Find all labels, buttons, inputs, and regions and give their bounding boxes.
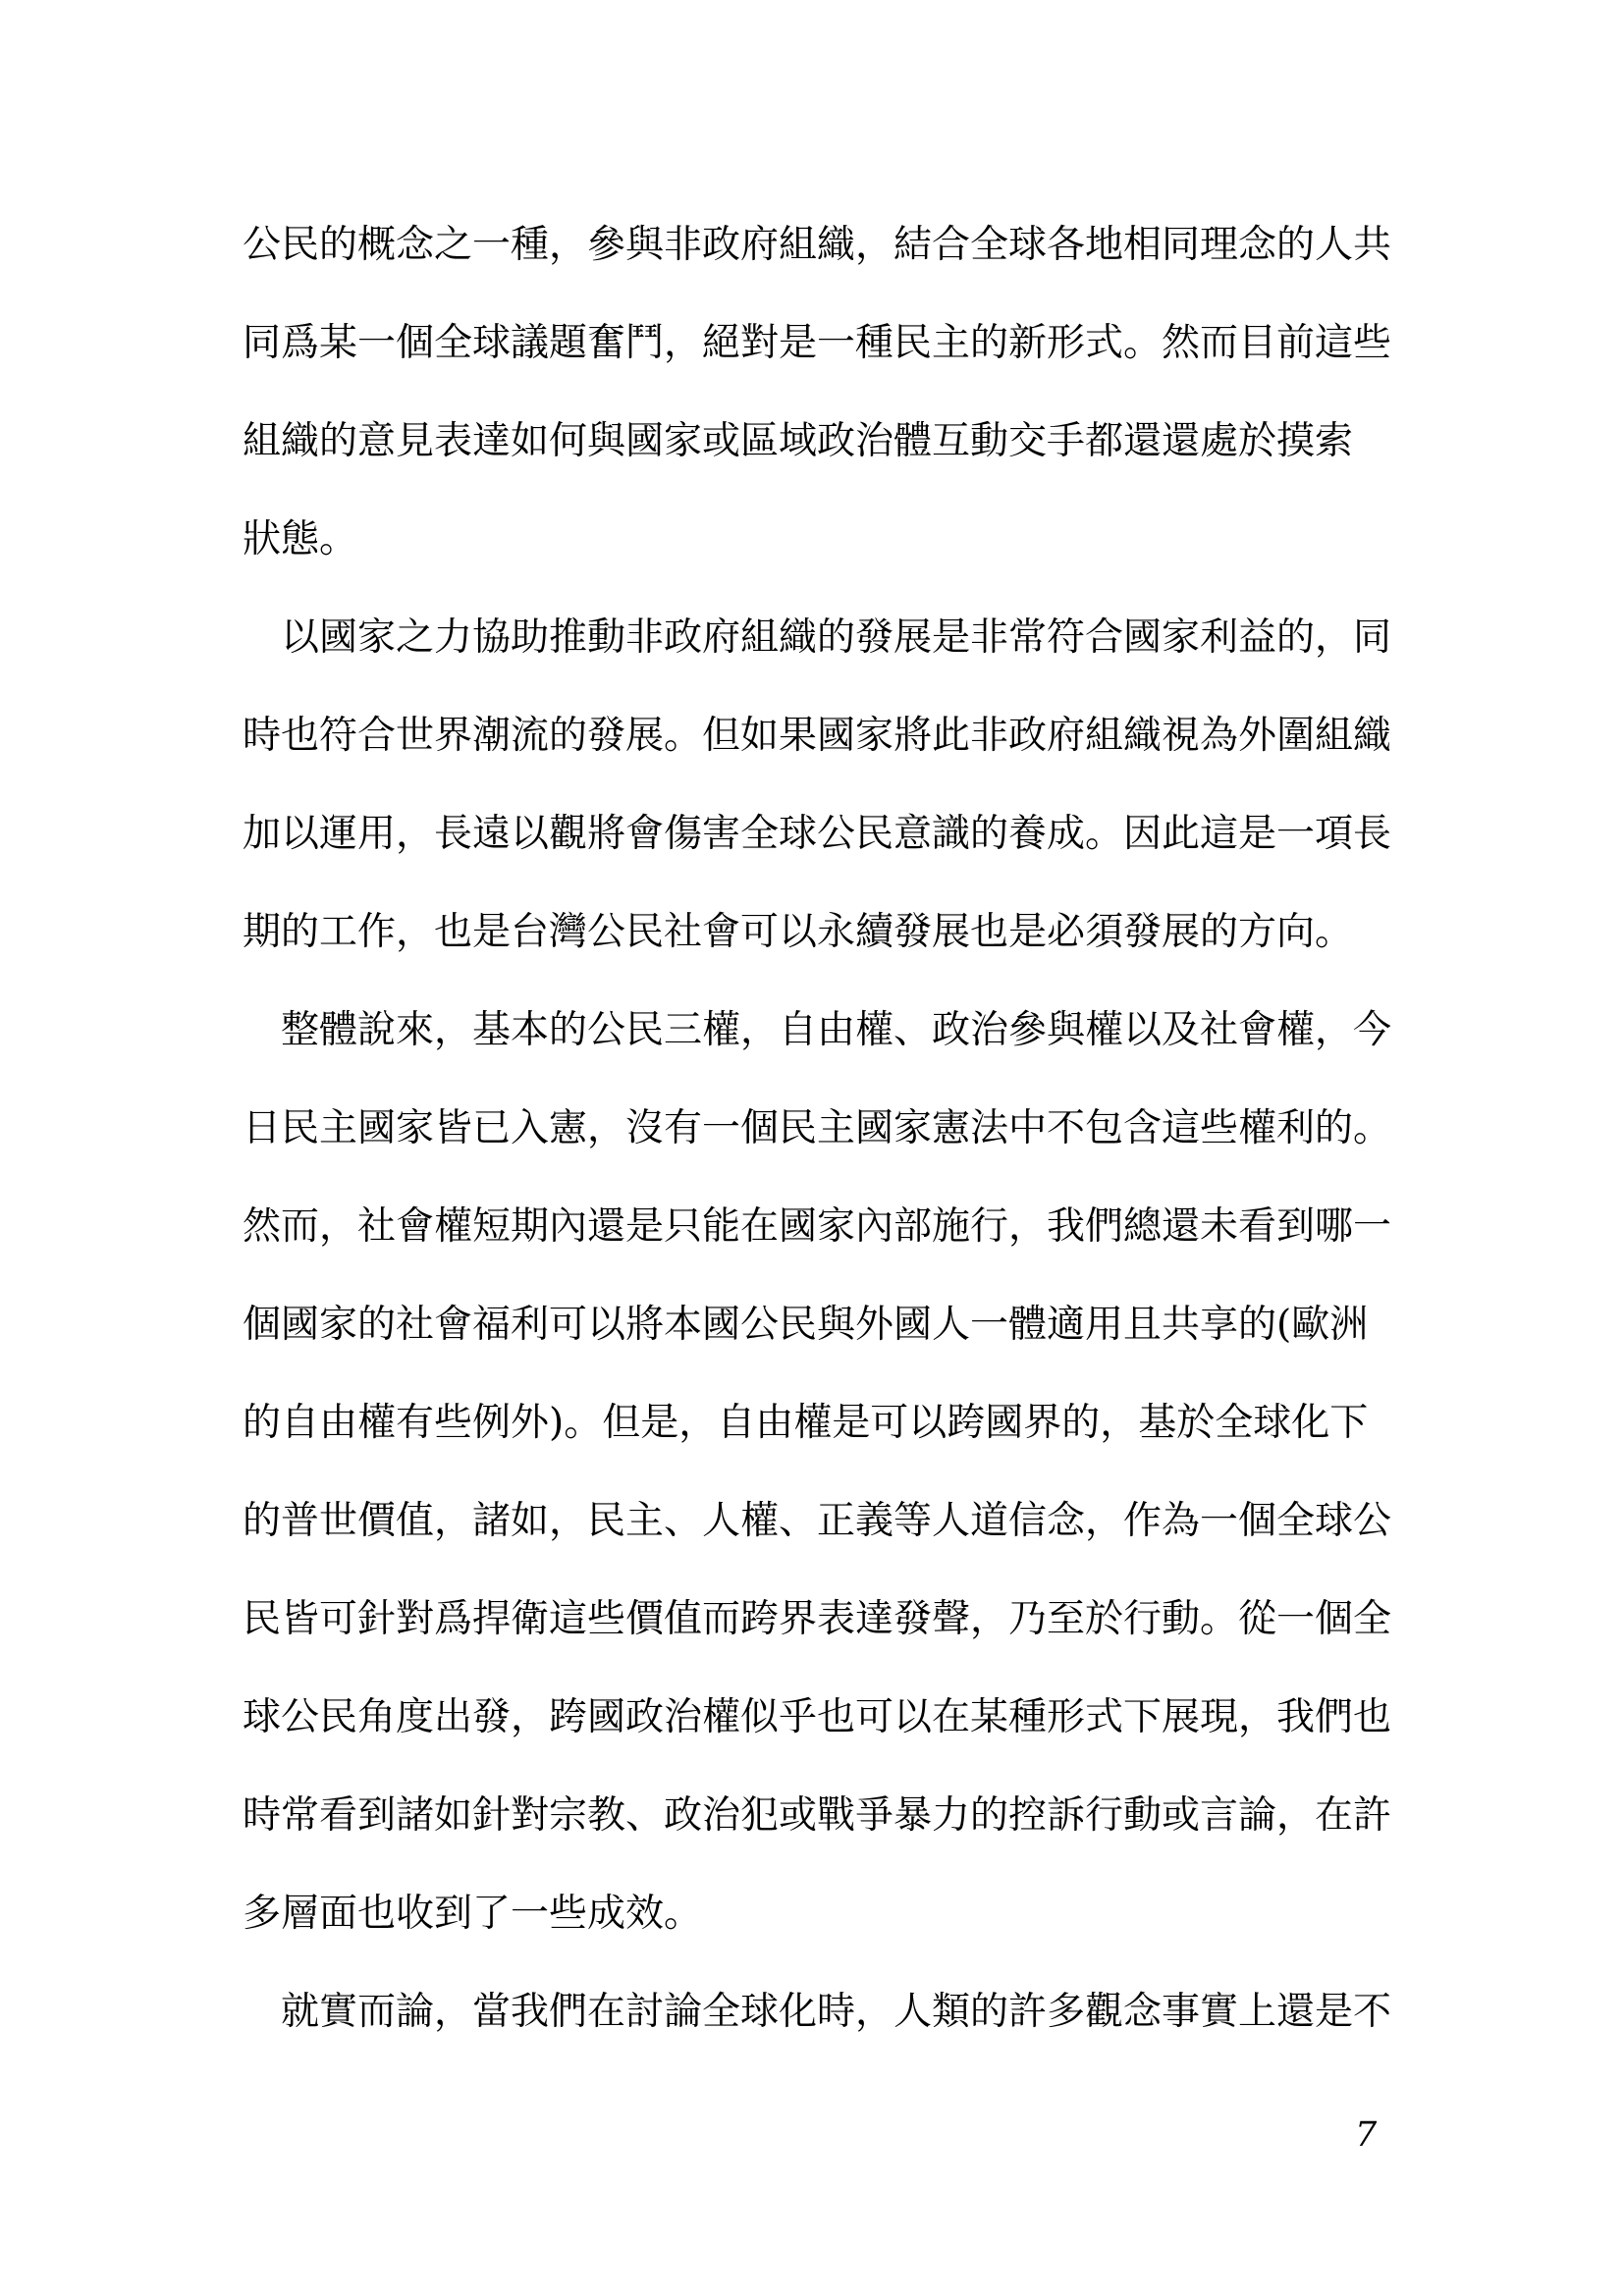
text-line: 球公民角度出發，跨國政治權似乎也可以在某種形式下展現，我們也	[243, 1669, 1396, 1767]
text-line: 公民的概念之一種，參與非政府組織，結合全球各地相同理念的人共	[243, 196, 1396, 294]
text-line: 整體說來，基本的公民三權，自由權、政治參與權以及社會權，今	[243, 982, 1396, 1080]
text-line: 的自由權有些例外)。但是，自由權是可以跨國界的，基於全球化下	[243, 1374, 1396, 1472]
text-line: 就實而論，當我們在討論全球化時，人類的許多觀念事實上還是不	[243, 1963, 1396, 2061]
text-line: 日民主國家皆已入憲，沒有一個民主國家憲法中不包含這些權利的。	[243, 1080, 1396, 1178]
page-body: 公民的概念之一種，參與非政府組織，結合全球各地相同理念的人共 同爲某一個全球議題…	[243, 196, 1396, 2061]
text-line: 的普世價值，諸如，民主、人權、正義等人道信念，作為一個全球公	[243, 1472, 1396, 1571]
text-line: 民皆可針對爲捍衛這些價值而跨界表達發聲，乃至於行動。從一個全	[243, 1571, 1396, 1669]
text-line: 多層面也收到了一些成效。	[243, 1865, 1396, 1963]
text-line: 時常看到諸如針對宗教、政治犯或戰爭暴力的控訴行動或言論，在許	[243, 1767, 1396, 1865]
text-line: 期的工作，也是台灣公民社會可以永續發展也是必須發展的方向。	[243, 883, 1396, 982]
text-line: 然而，社會權短期內還是只能在國家內部施行，我們總還未看到哪一	[243, 1178, 1396, 1276]
page-number: 7	[1355, 2115, 1377, 2155]
text-line: 組織的意見表達如何與國家或區域政治體互動交手都還還處於摸索	[243, 393, 1396, 491]
text-line: 加以運用，長遠以觀將會傷害全球公民意識的養成。因此這是一項長	[243, 785, 1396, 883]
text-line: 狀態。	[243, 491, 1396, 589]
text-line: 個國家的社會福利可以將本國公民與外國人一體適用且共享的(歐洲	[243, 1276, 1396, 1374]
text-line: 以國家之力協助推動非政府組織的發展是非常符合國家利益的，同	[243, 589, 1396, 687]
text-line: 同爲某一個全球議題奮鬥，絕對是一種民主的新形式。然而目前這些	[243, 294, 1396, 393]
document-page: 公民的概念之一種，參與非政府組織，結合全球各地相同理念的人共 同爲某一個全球議題…	[0, 0, 1624, 2296]
text-line: 時也符合世界潮流的發展。但如果國家將此非政府組織視為外圍組織	[243, 687, 1396, 785]
